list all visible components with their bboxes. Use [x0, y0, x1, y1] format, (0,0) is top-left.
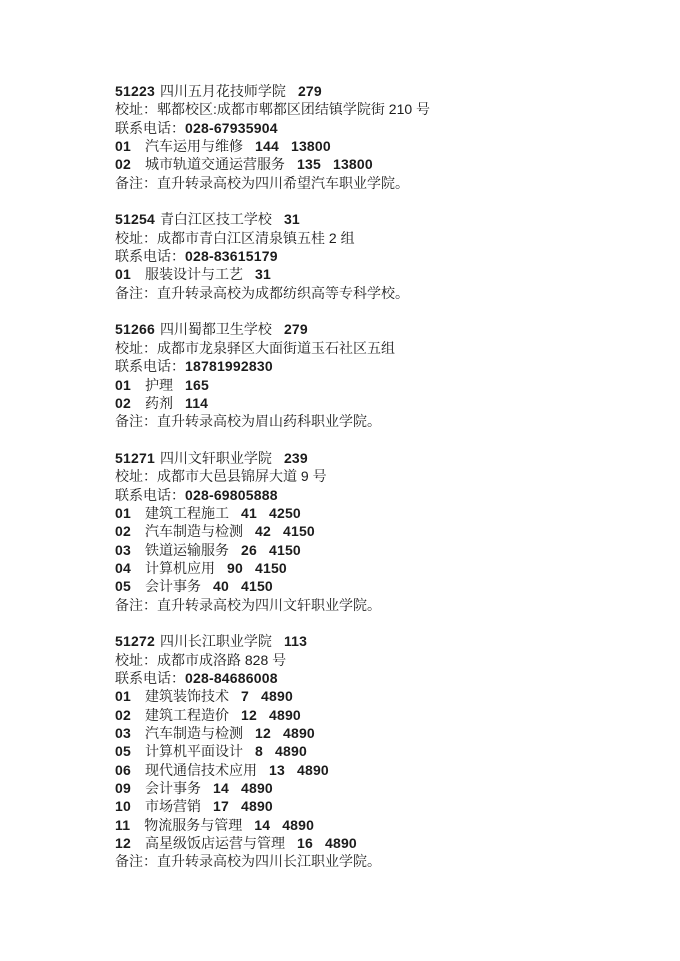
address-label: 校址：: [115, 468, 157, 484]
major-row: 04计算机应用904150: [115, 559, 640, 577]
major-name: 物流服务与管理: [144, 817, 242, 833]
address-line: 校址：成都市龙泉驿区大面街道玉石社区五组: [115, 339, 640, 357]
remark-text: 直升转录高校为四川文轩职业学院。: [157, 597, 381, 613]
school-total-count: 113: [284, 633, 307, 649]
major-fee: 4890: [241, 780, 273, 796]
phone-line: 联系电话：028-83615179: [115, 247, 640, 265]
major-enrollment: 12: [241, 707, 257, 723]
major-row: 02城市轨道交通运营服务13513800: [115, 155, 640, 173]
school-title-line: 51254青白江区技工学校31: [115, 210, 640, 228]
school-title-line: 51271四川文轩职业学院239: [115, 449, 640, 467]
major-code: 01: [115, 138, 131, 154]
major-name: 高星级饭店运营与管理: [145, 835, 285, 851]
remark-label: 备注：: [115, 175, 157, 191]
major-fee: 13800: [333, 156, 373, 172]
major-code: 04: [115, 560, 131, 576]
school-name: 四川蜀都卫生学校: [160, 321, 272, 337]
major-code: 03: [115, 542, 131, 558]
major-name: 计算机平面设计: [145, 743, 243, 759]
major-fee: 4890: [269, 707, 301, 723]
major-row: 01护理165: [115, 376, 640, 394]
phone-number: 18781992830: [185, 358, 273, 374]
major-code: 02: [115, 395, 131, 411]
major-fee: 4890: [297, 762, 329, 778]
address-line: 校址：成都市青白江区清泉镇五桂 2 组: [115, 229, 640, 247]
major-enrollment: 14: [254, 817, 270, 833]
major-code: 05: [115, 578, 131, 594]
school-title-line: 51272四川长江职业学院113: [115, 632, 640, 650]
major-enrollment: 8: [255, 743, 263, 759]
major-name: 护理: [145, 377, 173, 393]
major-code: 02: [115, 523, 131, 539]
address-line: 校址：成都市大邑县锦屏大道 9 号: [115, 467, 640, 485]
document-page: 51223四川五月花技师学院279校址：郫都校区:成都市郫都区团结镇学院街 21…: [0, 0, 680, 961]
remark-label: 备注：: [115, 853, 157, 869]
major-fee: 4250: [269, 505, 301, 521]
school-total-count: 279: [284, 321, 308, 337]
school-code: 51272: [115, 633, 155, 649]
major-fee: 4890: [283, 725, 315, 741]
major-fee: 4890: [325, 835, 357, 851]
major-enrollment: 144: [255, 138, 279, 154]
phone-label: 联系电话：: [115, 670, 185, 686]
remark-text: 直升转录高校为成都纺织高等专科学校。: [157, 285, 409, 301]
phone-label: 联系电话：: [115, 248, 185, 264]
remark-line: 备注：直升转录高校为四川希望汽车职业学院。: [115, 174, 640, 192]
major-code: 12: [115, 835, 131, 851]
remark-line: 备注：直升转录高校为四川文轩职业学院。: [115, 596, 640, 614]
phone-number: 028-69805888: [185, 487, 278, 503]
school-name: 青白江区技工学校: [160, 211, 272, 227]
major-enrollment: 26: [241, 542, 257, 558]
major-row: 05会计事务404150: [115, 577, 640, 595]
major-fee: 4890: [261, 688, 293, 704]
school-code: 51271: [115, 450, 155, 466]
major-enrollment: 16: [297, 835, 313, 851]
address-text: 郫都校区:成都市郫都区团结镇学院街 210 号: [157, 101, 430, 117]
phone-line: 联系电话：028-69805888: [115, 486, 640, 504]
major-enrollment: 42: [255, 523, 271, 539]
major-name: 市场营销: [145, 798, 201, 814]
major-code: 10: [115, 798, 131, 814]
major-code: 01: [115, 688, 131, 704]
major-name: 汽车运用与维修: [145, 138, 243, 154]
major-fee: 4890: [241, 798, 273, 814]
school-name: 四川长江职业学院: [160, 633, 272, 649]
major-code: 01: [115, 377, 131, 393]
address-text: 成都市成洛路 828 号: [157, 652, 286, 668]
phone-number: 028-84686008: [185, 670, 278, 686]
remark-line: 备注：直升转录高校为四川长江职业学院。: [115, 852, 640, 870]
major-name: 服装设计与工艺: [145, 266, 243, 282]
major-fee: 4890: [282, 817, 314, 833]
major-name: 建筑装饰技术: [145, 688, 229, 704]
major-code: 05: [115, 743, 131, 759]
address-text: 成都市青白江区清泉镇五桂 2 组: [157, 230, 355, 246]
major-name: 汽车制造与检测: [145, 725, 243, 741]
phone-label: 联系电话：: [115, 358, 185, 374]
school-total-count: 31: [284, 211, 300, 227]
major-code: 01: [115, 266, 131, 282]
school-block: 51272四川长江职业学院113校址：成都市成洛路 828 号联系电话：028-…: [115, 632, 640, 870]
remark-text: 直升转录高校为四川长江职业学院。: [157, 853, 381, 869]
major-enrollment: 90: [227, 560, 243, 576]
major-code: 11: [115, 817, 130, 833]
major-code: 01: [115, 505, 131, 521]
address-line: 校址：成都市成洛路 828 号: [115, 651, 640, 669]
school-block: 51223四川五月花技师学院279校址：郫都校区:成都市郫都区团结镇学院街 21…: [115, 82, 640, 192]
address-text: 成都市龙泉驿区大面街道玉石社区五组: [157, 340, 395, 356]
major-fee: 4150: [269, 542, 301, 558]
school-total-count: 239: [284, 450, 308, 466]
major-enrollment: 14: [213, 780, 229, 796]
remark-line: 备注：直升转录高校为眉山药科职业学院。: [115, 412, 640, 430]
remark-label: 备注：: [115, 597, 157, 613]
major-name: 现代通信技术应用: [145, 762, 257, 778]
major-enrollment: 17: [213, 798, 229, 814]
remark-text: 直升转录高校为眉山药科职业学院。: [157, 413, 381, 429]
major-row: 01汽车运用与维修14413800: [115, 137, 640, 155]
major-enrollment: 31: [255, 266, 271, 282]
major-row: 11物流服务与管理144890: [115, 816, 640, 834]
major-fee: 4150: [283, 523, 315, 539]
remark-label: 备注：: [115, 285, 157, 301]
phone-number: 028-67935904: [185, 120, 278, 136]
major-row: 05计算机平面设计84890: [115, 742, 640, 760]
major-name: 建筑工程施工: [145, 505, 229, 521]
address-label: 校址：: [115, 101, 157, 117]
school-name: 四川文轩职业学院: [160, 450, 272, 466]
major-enrollment: 7: [241, 688, 249, 704]
major-name: 药剂: [145, 395, 173, 411]
phone-label: 联系电话：: [115, 120, 185, 136]
major-fee: 4150: [255, 560, 287, 576]
major-row: 12高星级饭店运营与管理164890: [115, 834, 640, 852]
major-row: 02药剂114: [115, 394, 640, 412]
school-block: 51271四川文轩职业学院239校址：成都市大邑县锦屏大道 9 号联系电话：02…: [115, 449, 640, 614]
school-total-count: 279: [298, 83, 322, 99]
major-row: 06现代通信技术应用134890: [115, 761, 640, 779]
major-row: 10市场营销174890: [115, 797, 640, 815]
major-row: 01建筑装饰技术74890: [115, 687, 640, 705]
school-title-line: 51223四川五月花技师学院279: [115, 82, 640, 100]
major-row: 02汽车制造与检测424150: [115, 522, 640, 540]
school-code: 51254: [115, 211, 155, 227]
major-fee: 4890: [275, 743, 307, 759]
school-code: 51266: [115, 321, 155, 337]
address-text: 成都市大邑县锦屏大道 9 号: [157, 468, 327, 484]
major-code: 02: [115, 707, 131, 723]
major-name: 汽车制造与检测: [145, 523, 243, 539]
major-row: 03铁道运输服务264150: [115, 541, 640, 559]
phone-number: 028-83615179: [185, 248, 278, 264]
school-title-line: 51266四川蜀都卫生学校279: [115, 320, 640, 338]
major-name: 计算机应用: [145, 560, 215, 576]
address-line: 校址：郫都校区:成都市郫都区团结镇学院街 210 号: [115, 100, 640, 118]
phone-line: 联系电话：028-67935904: [115, 119, 640, 137]
major-name: 建筑工程造价: [145, 707, 229, 723]
major-enrollment: 13: [269, 762, 285, 778]
major-row: 09会计事务144890: [115, 779, 640, 797]
phone-line: 联系电话：18781992830: [115, 357, 640, 375]
remark-text: 直升转录高校为四川希望汽车职业学院。: [157, 175, 409, 191]
major-enrollment: 114: [185, 395, 208, 411]
major-row: 02建筑工程造价124890: [115, 706, 640, 724]
school-name: 四川五月花技师学院: [160, 83, 286, 99]
major-name: 会计事务: [145, 780, 201, 796]
major-code: 03: [115, 725, 131, 741]
address-label: 校址：: [115, 230, 157, 246]
address-label: 校址：: [115, 652, 157, 668]
remark-label: 备注：: [115, 413, 157, 429]
major-row: 03汽车制造与检测124890: [115, 724, 640, 742]
major-enrollment: 165: [185, 377, 209, 393]
major-row: 01建筑工程施工414250: [115, 504, 640, 522]
school-code: 51223: [115, 83, 155, 99]
school-block: 51266四川蜀都卫生学校279校址：成都市龙泉驿区大面街道玉石社区五组联系电话…: [115, 320, 640, 430]
major-name: 铁道运输服务: [145, 542, 229, 558]
major-row: 01服装设计与工艺31: [115, 265, 640, 283]
phone-line: 联系电话：028-84686008: [115, 669, 640, 687]
major-name: 城市轨道交通运营服务: [145, 156, 285, 172]
major-code: 09: [115, 780, 131, 796]
major-enrollment: 135: [297, 156, 321, 172]
major-name: 会计事务: [145, 578, 201, 594]
major-enrollment: 12: [255, 725, 271, 741]
major-enrollment: 41: [241, 505, 257, 521]
major-fee: 4150: [241, 578, 273, 594]
major-fee: 13800: [291, 138, 331, 154]
phone-label: 联系电话：: [115, 487, 185, 503]
school-block: 51254青白江区技工学校31校址：成都市青白江区清泉镇五桂 2 组联系电话：0…: [115, 210, 640, 302]
major-code: 06: [115, 762, 131, 778]
remark-line: 备注：直升转录高校为成都纺织高等专科学校。: [115, 284, 640, 302]
major-enrollment: 40: [213, 578, 229, 594]
major-code: 02: [115, 156, 131, 172]
address-label: 校址：: [115, 340, 157, 356]
